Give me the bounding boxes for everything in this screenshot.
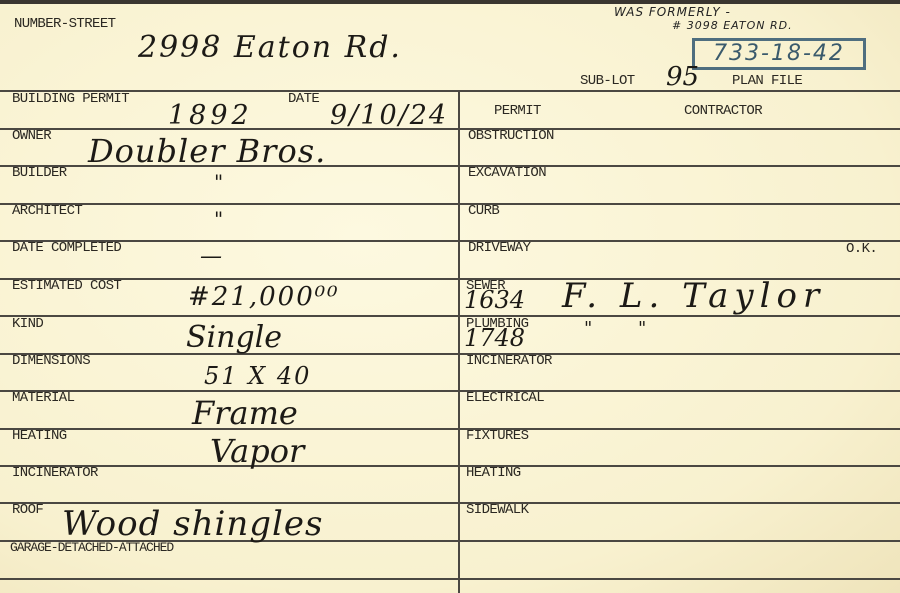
curb-label: CURB	[468, 203, 499, 219]
sewer-contractor-value: F. L. Taylor	[562, 276, 825, 316]
annotation-line1: WAS FORMERLY -	[614, 5, 731, 19]
column-divider	[458, 90, 460, 593]
date-completed-value: —	[200, 244, 222, 269]
driveway-contractor-value: O.K.	[846, 241, 877, 257]
rule-line	[0, 578, 900, 580]
heating-permit-label: HEATING	[466, 465, 521, 481]
rule-line	[0, 465, 900, 467]
architect-label: ARCHITECT	[12, 203, 82, 219]
building-permit-label: BUILDING PERMIT	[12, 91, 129, 107]
dimensions-value: 51 X 40	[204, 362, 311, 390]
sewer-permit-value: 1634	[464, 286, 525, 314]
heating-label: HEATING	[12, 428, 67, 444]
date-value: 9/10/24	[330, 100, 448, 131]
incinerator-label: INCINERATOR	[12, 465, 98, 481]
building-permit-card: NUMBER-STREET 2998 Eaton Rd. WAS FORMERL…	[0, 0, 900, 593]
owner-value: Doubler Bros.	[88, 132, 326, 170]
rule-line	[0, 390, 900, 392]
driveway-label: DRIVEWAY	[468, 240, 530, 256]
roof-label: ROOF	[12, 502, 43, 518]
annotation-line2: # 3098 EATON RD.	[672, 19, 793, 32]
ward-stamp: 733-18-42	[692, 38, 866, 70]
excavation-label: EXCAVATION	[468, 165, 546, 181]
incinerator-permit-label: INCINERATOR	[466, 353, 552, 369]
dimensions-label: DIMENSIONS	[12, 353, 90, 369]
material-label: MATERIAL	[12, 390, 74, 406]
plumbing-contractor-value: " "	[584, 318, 646, 339]
kind-label: KIND	[12, 316, 43, 332]
plumbing-permit-value: 1748	[464, 324, 525, 352]
estimated-cost-value: #21,000⁰⁰	[188, 282, 340, 312]
obstruction-label: OBSTRUCTION	[468, 128, 554, 144]
rule-line	[0, 353, 900, 355]
building-permit-value: 1892	[168, 100, 253, 131]
permit-column-header: PERMIT	[494, 103, 541, 119]
date-label: DATE	[288, 91, 319, 107]
electrical-label: ELECTRICAL	[466, 390, 544, 406]
rule-line	[0, 428, 900, 430]
sidewalk-label: SIDEWALK	[466, 502, 528, 518]
contractor-column-header: CONTRACTOR	[684, 103, 762, 119]
number-street-value: 2998 Eaton Rd.	[138, 30, 402, 65]
rule-line	[0, 203, 900, 205]
plan-file-label: PLAN FILE	[732, 73, 802, 89]
date-completed-label: DATE COMPLETED	[12, 240, 121, 256]
roof-value: Wood shingles	[62, 504, 323, 544]
heating-value: Vapor	[210, 432, 304, 470]
kind-value: Single	[186, 320, 282, 355]
estimated-cost-label: ESTIMATED COST	[12, 278, 121, 294]
builder-value: "	[214, 170, 223, 194]
rule-line	[0, 240, 900, 242]
sub-lot-label: SUB-LOT	[580, 73, 635, 89]
sub-lot-value: 95	[666, 62, 699, 92]
architect-value: "	[214, 207, 223, 231]
material-value: Frame	[192, 394, 298, 432]
rule-line	[0, 90, 900, 92]
builder-label: BUILDER	[12, 165, 67, 181]
fixtures-label: FIXTURES	[466, 428, 528, 444]
rule-line	[0, 128, 900, 130]
number-street-label: NUMBER-STREET	[14, 16, 115, 32]
owner-label: OWNER	[12, 128, 51, 144]
card-top-edge	[0, 0, 900, 4]
